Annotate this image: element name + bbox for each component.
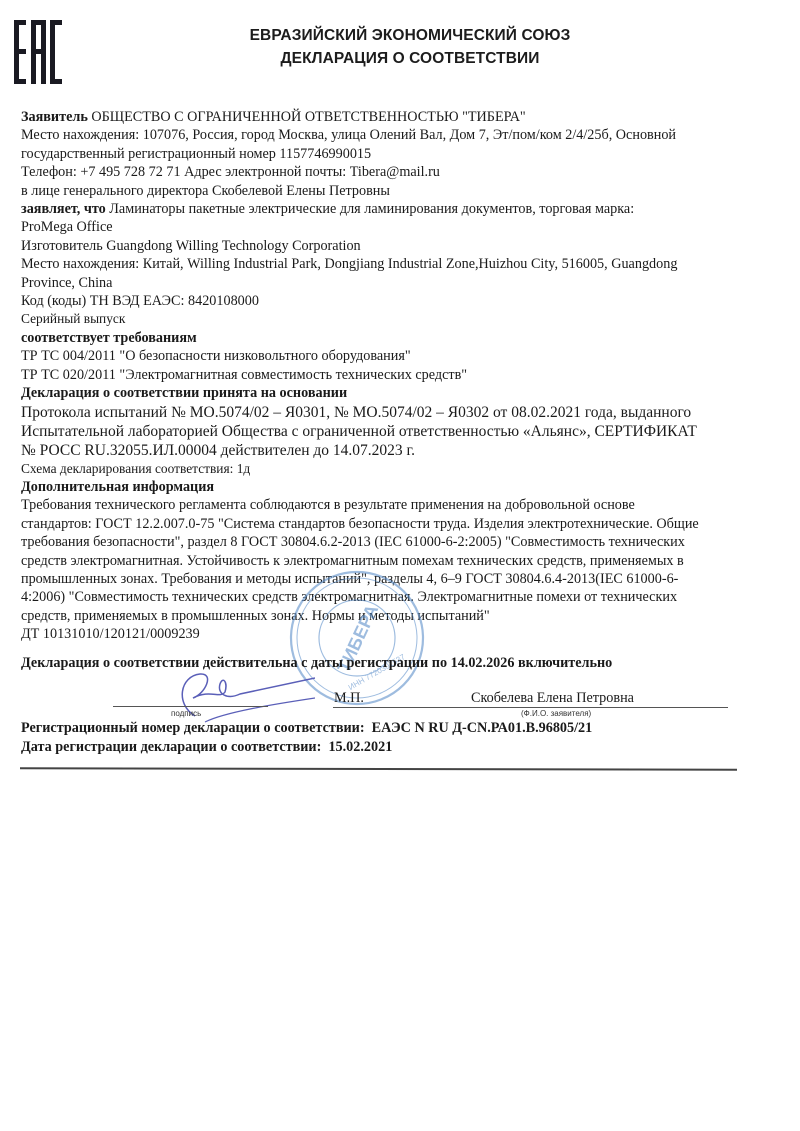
additional-info-line: Требования технического регламента соблю… xyxy=(21,496,721,514)
union-title: ЕВРАЗИЙСКИЙ ЭКОНОМИЧЕСКИЙ СОЮЗ xyxy=(150,24,670,47)
registration-date-label: Дата регистрации декларации о соответств… xyxy=(21,739,321,755)
basis-line-2: Испытательной лабораторией Общества с ог… xyxy=(21,422,721,441)
validity-statement: Декларация о соответствии действительна … xyxy=(21,655,612,672)
registration-date-line: Дата регистрации декларации о соответств… xyxy=(21,738,592,757)
production-type: Серийный выпуск xyxy=(21,310,721,328)
basis-line-3: № РОСС RU.32055.ИЛ.00004 действителен до… xyxy=(21,441,721,460)
additional-info-line: требования безопасности", раздел 8 ГОСТ … xyxy=(21,533,721,551)
registration-number-label: Регистрационный номер декларации о соотв… xyxy=(21,720,365,736)
additional-info-label: Дополнительная информация xyxy=(21,478,721,496)
declares-label: заявляет, что xyxy=(21,201,106,217)
basis-line-1: Протокола испытаний № МО.5074/02 – Я0301… xyxy=(21,403,721,422)
applicant-line: Заявитель ОБЩЕСТВО С ОГРАНИЧЕННОЙ ОТВЕТС… xyxy=(21,108,721,126)
basis-label: Декларация о соответствии принята на осн… xyxy=(21,384,721,402)
seal-label: М.П. xyxy=(334,690,364,707)
name-line xyxy=(333,707,728,708)
registration-block: Регистрационный номер декларации о соотв… xyxy=(21,719,592,757)
additional-info-line: стандартов: ГОСТ 12.2.007.0-75 "Система … xyxy=(21,515,721,533)
signature-caption: подпись xyxy=(171,709,201,718)
signatory-name: Скобелева Елена Петровна xyxy=(471,690,634,707)
declaration-body: Заявитель ОБЩЕСТВО С ОГРАНИЧЕННОЙ ОТВЕТС… xyxy=(21,108,721,644)
product-description: Ламинаторы пакетные электрические для ла… xyxy=(106,201,634,217)
trademark: ProMega Office xyxy=(21,218,721,236)
declares-line: заявляет, что Ламинаторы пакетные электр… xyxy=(21,200,721,218)
manufacturer-address-1: Место нахождения: Китай, Willing Industr… xyxy=(21,255,721,273)
applicant-name: ОБЩЕСТВО С ОГРАНИЧЕННОЙ ОТВЕТСТВЕННОСТЬЮ… xyxy=(88,109,526,125)
registration-number-line: Регистрационный номер декларации о соотв… xyxy=(21,719,592,738)
applicant-representative: в лице генерального директора Скобелевой… xyxy=(21,182,721,200)
declaration-title: ДЕКЛАРАЦИЯ О СООТВЕТСТВИИ xyxy=(150,47,670,70)
applicant-address-1: Место нахождения: 107076, Россия, город … xyxy=(21,126,721,144)
requirement-item: ТР ТС 004/2011 "О безопасности низковоль… xyxy=(21,347,721,365)
signature-line xyxy=(113,706,268,707)
applicant-label: Заявитель xyxy=(21,109,88,125)
applicant-address-2: государственный регистрационный номер 11… xyxy=(21,145,721,163)
applicant-contacts: Телефон: +7 495 728 72 71 Адрес электрон… xyxy=(21,163,721,181)
name-caption: (Ф.И.О. заявителя) xyxy=(521,709,591,718)
bottom-divider xyxy=(20,767,737,771)
manufacturer-address-2: Province, China xyxy=(21,274,721,292)
eac-mark-icon xyxy=(14,20,62,84)
registration-number-value: ЕАЭС N RU Д-CN.РА01.В.96805/21 xyxy=(372,720,593,736)
requirement-item: ТР ТС 020/2011 "Электромагнитная совмест… xyxy=(21,366,721,384)
registration-date-value: 15.02.2021 xyxy=(328,739,392,755)
requirements-label: соответствует требованиям xyxy=(21,329,721,347)
manufacturer-name: Изготовитель Guangdong Willing Technolog… xyxy=(21,237,721,255)
hs-code: Код (коды) ТН ВЭД ЕАЭС: 8420108000 xyxy=(21,292,721,310)
document-header: ЕВРАЗИЙСКИЙ ЭКОНОМИЧЕСКИЙ СОЮЗ ДЕКЛАРАЦИ… xyxy=(150,24,670,70)
declaration-scheme: Схема декларирования соответствия: 1д xyxy=(21,460,721,478)
